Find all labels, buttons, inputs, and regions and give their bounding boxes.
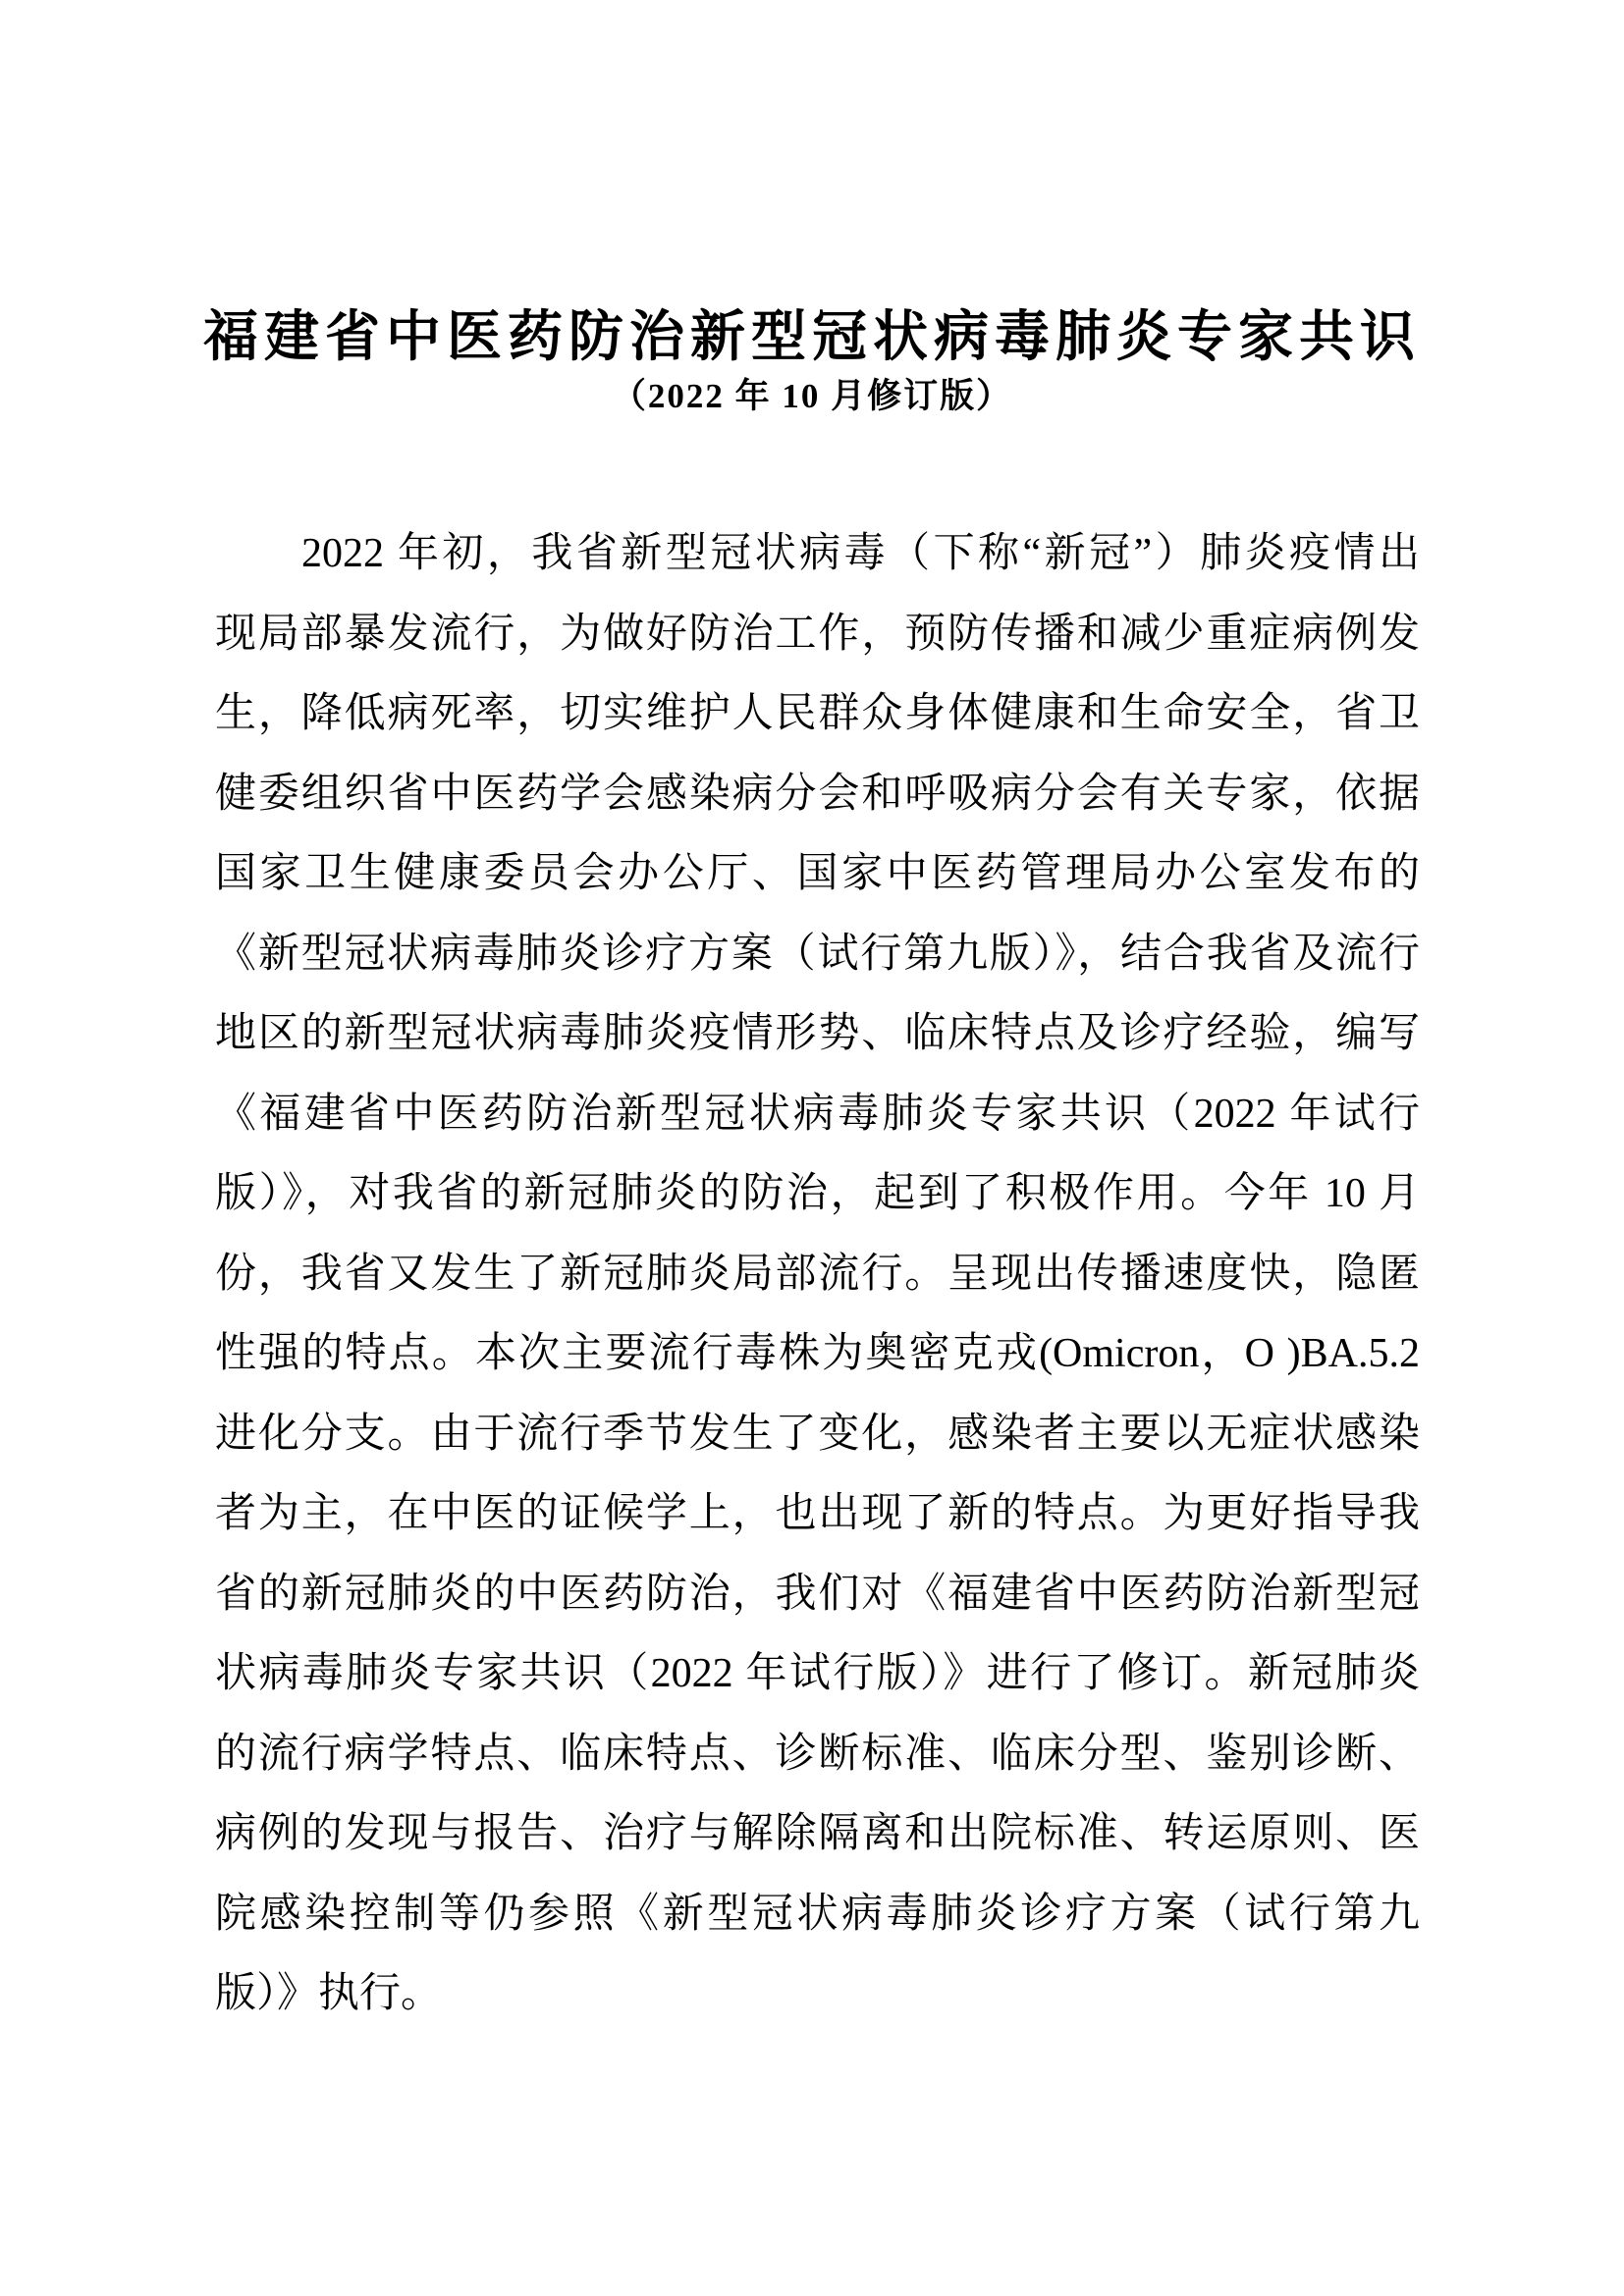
document-body-paragraph: 2022 年初，我省新型冠状病毒（下称“新冠”）肺炎疫情出 现局部暴发流行，为做…	[215, 514, 1420, 2035]
document-title: 福建省中医药防治新型冠状病毒肺炎专家共识	[0, 302, 1624, 371]
body-line: 进化分支。由于流行季节发生了变化，感染者主要以无症状感染	[215, 1395, 1420, 1475]
body-line: 地区的新型冠状病毒肺炎疫情形势、临床特点及诊疗经验，编写	[215, 994, 1420, 1075]
body-line: 的流行病学特点、临床特点、诊断标准、临床分型、鉴别诊断、	[215, 1715, 1420, 1795]
body-line: 2022 年初，我省新型冠状病毒（下称“新冠”）肺炎疫情出	[215, 514, 1420, 595]
body-line: 院感染控制等仍参照《新型冠状病毒肺炎诊疗方案（试行第九	[215, 1875, 1420, 1955]
body-line: 者为主，在中医的证候学上，也出现了新的特点。为更好指导我	[215, 1474, 1420, 1555]
body-line: 国家卫生健康委员会办公厅、国家中医药管理局办公室发布的	[215, 834, 1420, 915]
body-line: 健委组织省中医药学会感染病分会和呼吸病分会有关专家，依据	[215, 755, 1420, 835]
body-line: 状病毒肺炎专家共识（2022 年试行版）》进行了修订。新冠肺炎	[215, 1634, 1420, 1715]
body-line: 现局部暴发流行，为做好防治工作，预防传播和减少重症病例发	[215, 595, 1420, 675]
document-page: 福建省中医药防治新型冠状病毒肺炎专家共识 （2022 年 10 月修订版） 20…	[0, 0, 1624, 2296]
body-line: 生，降低病死率，切实维护人民群众身体健康和生命安全，省卫	[215, 674, 1420, 755]
body-line: 《福建省中医药防治新型冠状病毒肺炎专家共识（2022 年试行	[215, 1075, 1420, 1155]
document-subtitle: （2022 年 10 月修订版）	[0, 375, 1624, 418]
body-line: 版）》执行。	[215, 1954, 1420, 2035]
body-line: 《新型冠状病毒肺炎诊疗方案（试行第九版）》，结合我省及流行	[215, 915, 1420, 995]
body-line: 省的新冠肺炎的中医药防治，我们对《福建省中医药防治新型冠	[215, 1555, 1420, 1635]
body-line: 病例的发现与报告、治疗与解除隔离和出院标准、转运原则、医	[215, 1794, 1420, 1875]
body-line: 性强的特点。本次主要流行毒株为奥密克戎(Omicron，O )BA.5.2	[215, 1314, 1420, 1395]
body-line: 份，我省又发生了新冠肺炎局部流行。呈现出传播速度快，隐匿	[215, 1235, 1420, 1315]
body-line: 版）》，对我省的新冠肺炎的防治，起到了积极作用。今年 10 月	[215, 1154, 1420, 1235]
